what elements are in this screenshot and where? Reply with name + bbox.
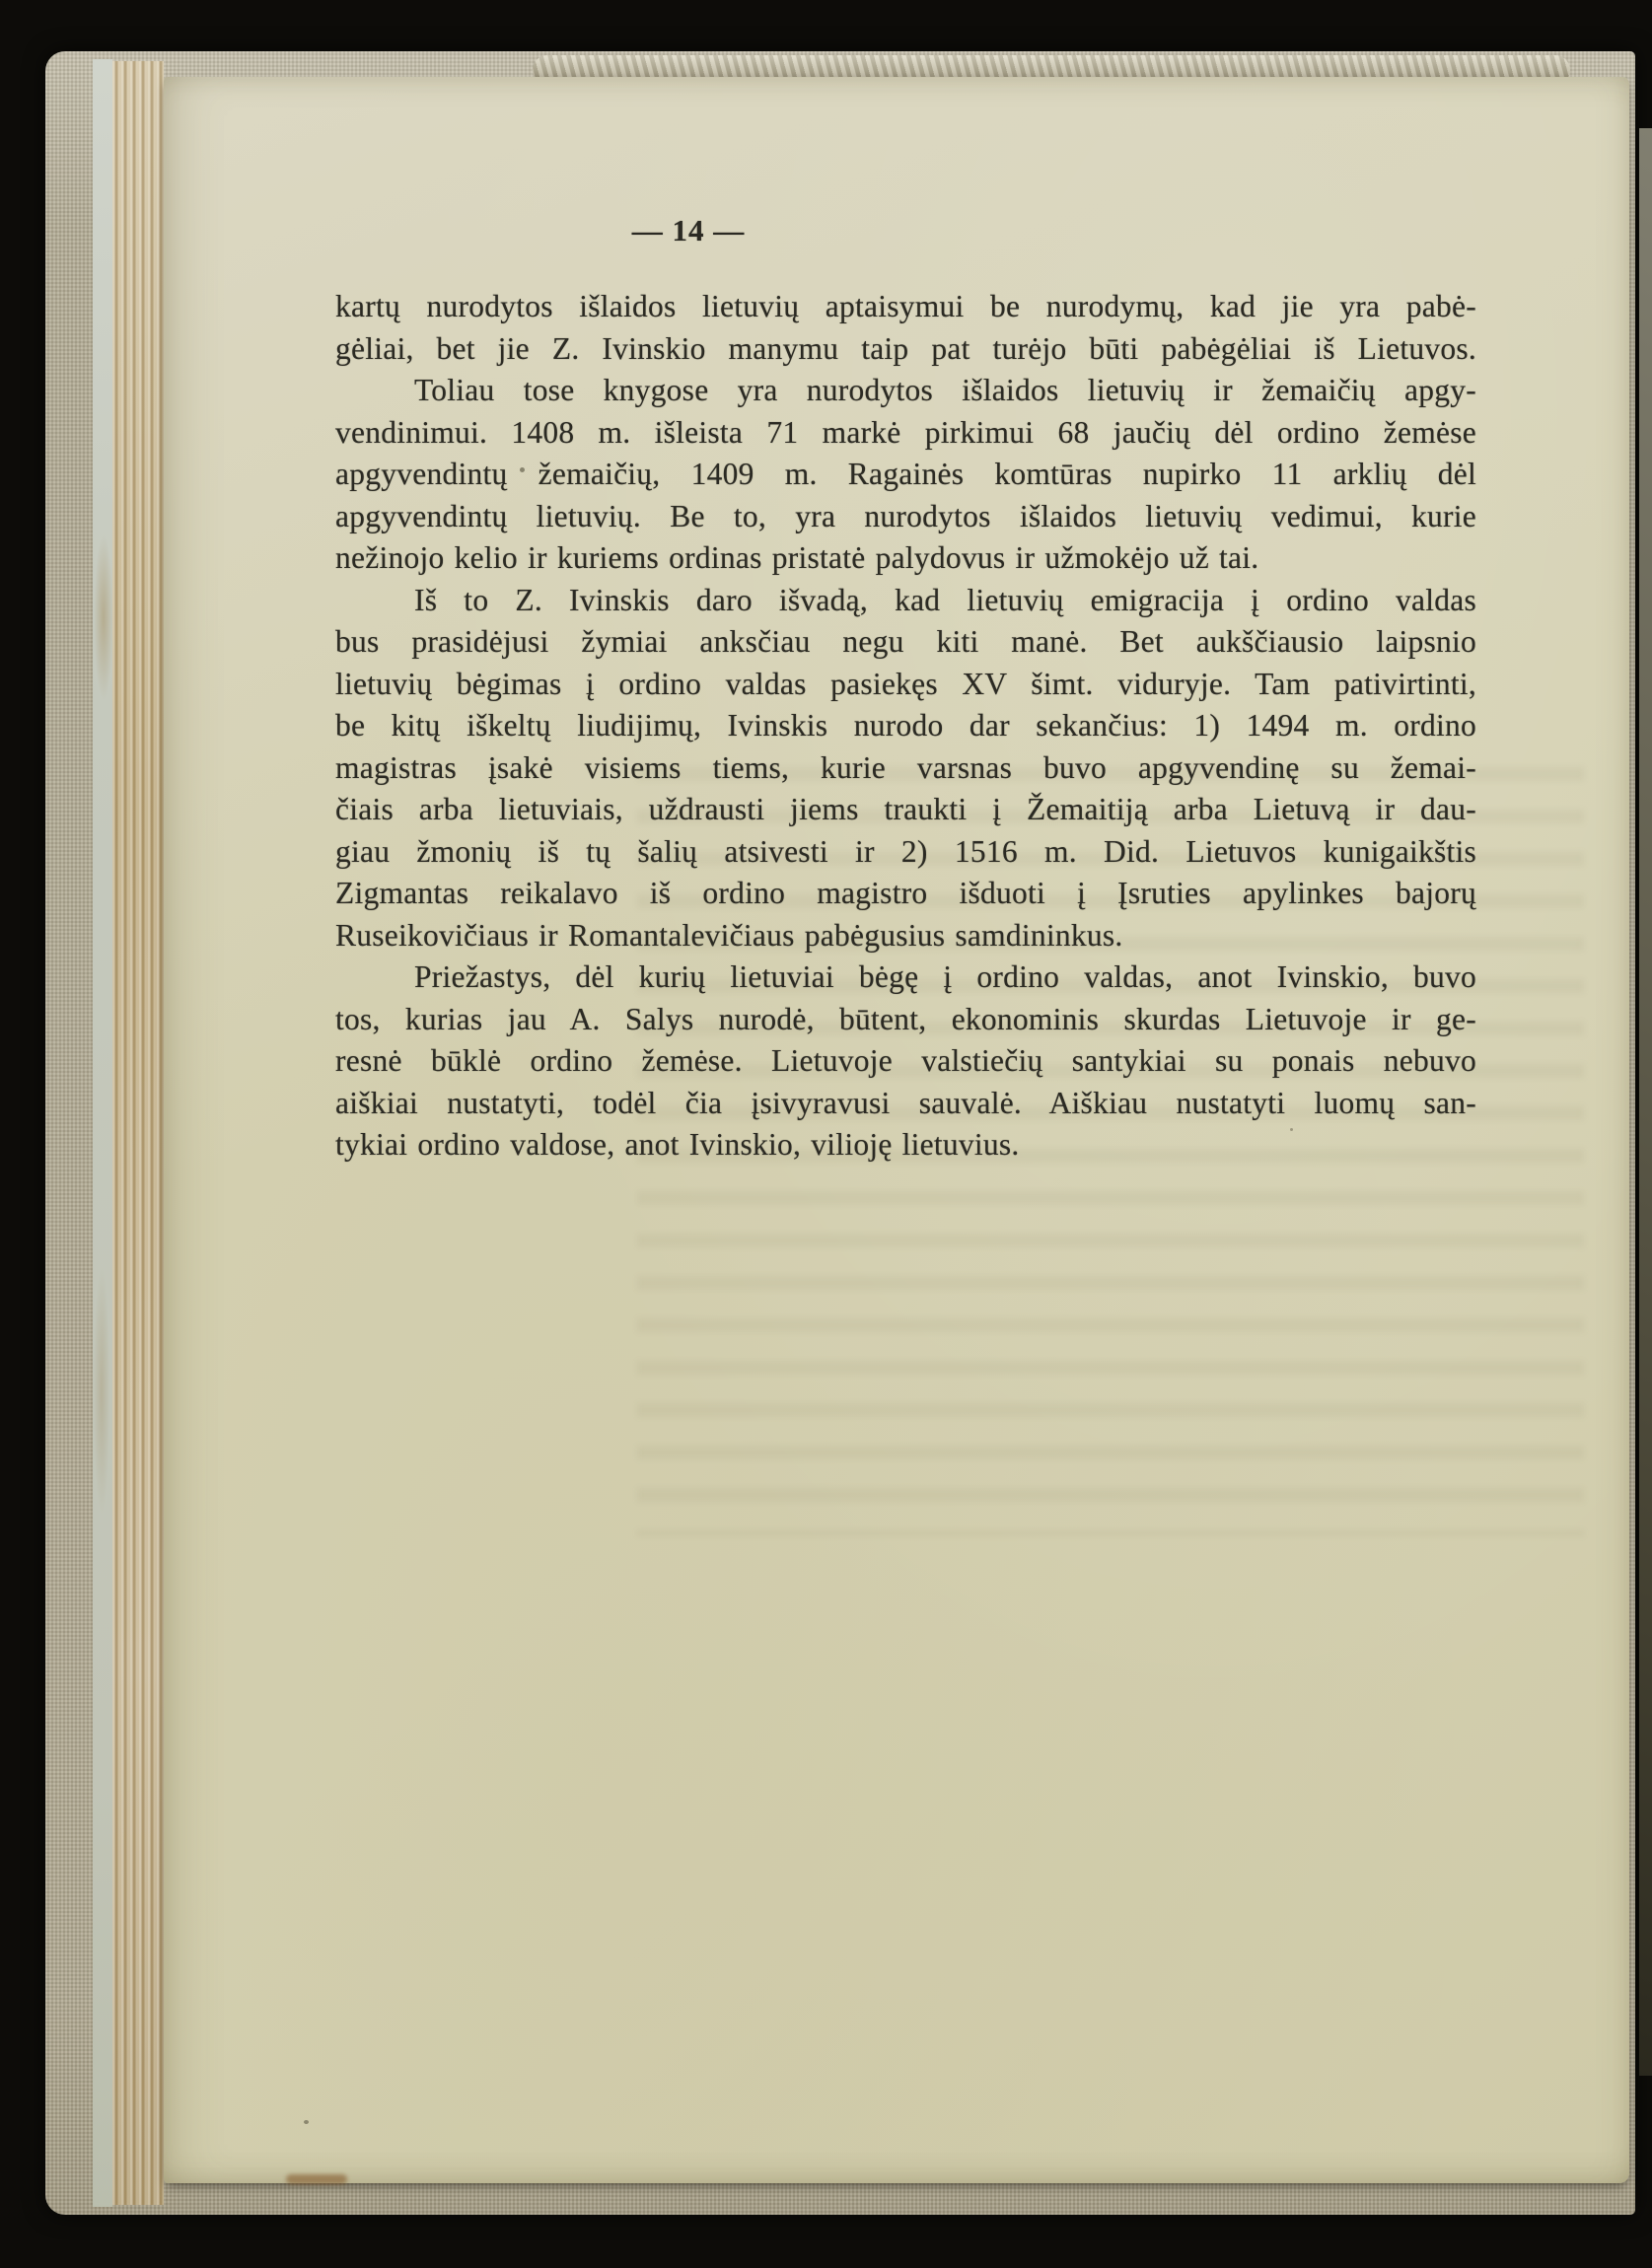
text-line: lietuvių bėgimas į ordino valdas pasiekę… bbox=[335, 664, 1476, 706]
text-line: Ruseikovičiaus ir Romantalevičiaus pabėg… bbox=[335, 915, 1476, 957]
text-line: čiais arba lietuviais, uždrausti jiems t… bbox=[335, 789, 1476, 831]
text-line: gėliai, bet jie Z. Ivinskio manymu taip … bbox=[335, 328, 1476, 371]
ink-speck bbox=[1290, 1128, 1293, 1131]
book-page: — 14 — kartų nurodytos išlaidos lietuvių… bbox=[164, 77, 1629, 2183]
text-line: Zigmantas reikalavo iš ordino magistro i… bbox=[335, 873, 1476, 915]
text-line: aiškiai nustatyti, todėl čia įsivyravusi… bbox=[335, 1083, 1476, 1125]
ink-speck bbox=[520, 467, 525, 472]
adjacent-page-sliver bbox=[1639, 128, 1652, 2076]
text-line: tos, kurias jau A. Salys nurodė, būtent,… bbox=[335, 999, 1476, 1041]
text-line: magistras įsakė visiems tiems, kurie var… bbox=[335, 747, 1476, 790]
ink-speck bbox=[304, 2120, 309, 2124]
endpaper-edge bbox=[93, 59, 112, 2207]
text-line: kartų nurodytos išlaidos lietuvių aptais… bbox=[335, 286, 1476, 328]
scanned-book-photo: — 14 — kartų nurodytos išlaidos lietuvių… bbox=[0, 0, 1652, 2268]
text-line: giau žmonių iš tų šalių atsivesti ir 2) … bbox=[335, 831, 1476, 874]
text-line: apgyvendintų lietuvių. Be to, yra nurody… bbox=[335, 496, 1476, 538]
page-number: — 14 — bbox=[610, 213, 767, 248]
text-line: bus prasidėjusi žymiai anksčiau negu kit… bbox=[335, 621, 1476, 664]
text-line: Iš to Z. Ivinskis daro išvadą, kad lietu… bbox=[335, 580, 1476, 622]
body-text: kartų nurodytos išlaidos lietuvių aptais… bbox=[335, 286, 1476, 1167]
text-line: be kitų iškeltų liudijimų, Ivinskis nuro… bbox=[335, 705, 1476, 747]
text-line: Priežastys, dėl kurių lietuviai bėgę į o… bbox=[335, 957, 1476, 999]
text-line: Toliau tose knygose yra nurodytos išlaid… bbox=[335, 370, 1476, 412]
text-line: resnė būklė ordino žemėse. Lietuvoje val… bbox=[335, 1040, 1476, 1083]
text-line: nežinojo kelio ir kuriems ordinas prista… bbox=[335, 537, 1476, 580]
cover-stain bbox=[286, 2174, 347, 2184]
text-line: apgyvendintų žemaičių, 1409 m. Ragainės … bbox=[335, 454, 1476, 496]
text-line: tykiai ordino valdose, anot Ivinskio, vi… bbox=[335, 1124, 1476, 1167]
stacked-page-edges bbox=[112, 61, 164, 2205]
text-line: vendinimui. 1408 m. išleista 71 markė pi… bbox=[335, 412, 1476, 455]
